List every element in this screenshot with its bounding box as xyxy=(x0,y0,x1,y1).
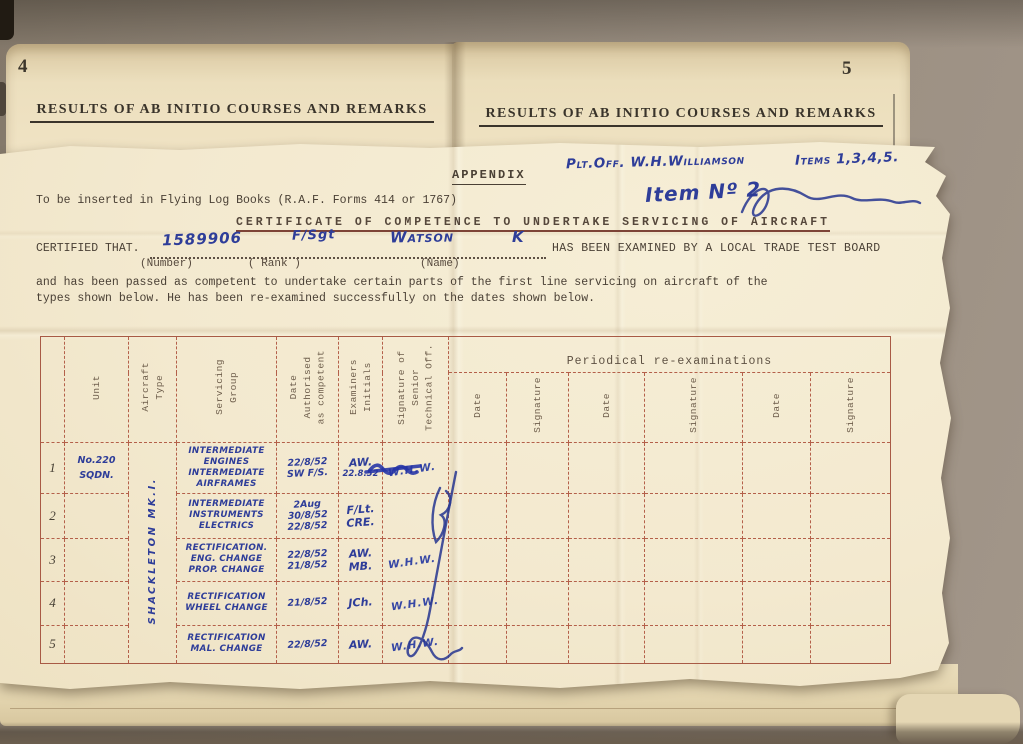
col-servicing-group: Servicing Group xyxy=(177,337,277,443)
col-periodical-date-3: Date xyxy=(743,373,811,443)
page-5-header-wrap: RESULTS OF AB INITIO COURSES AND REMARKS xyxy=(452,104,910,127)
cell-signature: W.H.W. xyxy=(383,538,449,581)
cell-unit xyxy=(65,625,129,663)
signature-entry: W.H.W. xyxy=(388,461,437,480)
competence-table-grid: Unit Aircraft Type Servicing Group Date … xyxy=(40,336,891,664)
col-periodical-signature-1: Signature xyxy=(507,373,569,443)
aircraft-type-value: SHACKLETON MK.I. xyxy=(148,477,158,625)
cell-servicing-group: RECTIFICATION MAL. CHANGE xyxy=(177,625,277,663)
col-examiners-initials: Examiners Initials xyxy=(339,337,383,443)
cell-servicing-group: RECTIFICATION WHEEL CHANGE xyxy=(177,581,277,625)
bottom-page-crease xyxy=(10,708,930,709)
col-examiners-label: Examiners Initials xyxy=(347,359,375,415)
cell-periodical xyxy=(743,443,811,494)
cell-initials: AW. MB. xyxy=(339,538,383,581)
competence-table: Unit Aircraft Type Servicing Group Date … xyxy=(40,336,890,658)
cell-periodical xyxy=(569,443,645,494)
group-entry: RECTIFICATION. ENG. CHANGE xyxy=(177,543,276,565)
service-number-value: 1589906 xyxy=(162,229,243,250)
group-entry: INTERMEDIATE ENGINES xyxy=(177,446,276,468)
cell-periodical xyxy=(569,625,645,663)
page-4-header-wrap: RESULTS OF AB INITIO COURSES AND REMARKS xyxy=(6,100,458,123)
cell-initials: AW. xyxy=(339,625,383,663)
cell-periodical xyxy=(743,581,811,625)
cell-signature: W.H.W. xyxy=(383,443,449,494)
page-number-5: 5 xyxy=(842,58,852,80)
certified-that-label: CERTIFIED THAT. xyxy=(36,242,140,255)
cell-periodical xyxy=(507,493,569,538)
col-aircraft-label: Aircraft Type xyxy=(139,362,167,412)
initials-entry: CRE. xyxy=(339,514,383,530)
page-4-header: RESULTS OF AB INITIO COURSES AND REMARKS xyxy=(30,102,433,123)
cell-periodical xyxy=(645,443,743,494)
date-entry: 21/8/52 xyxy=(277,558,338,572)
cell-date: 22/8/52 xyxy=(277,625,339,663)
col-periodical-signature-2: Signature xyxy=(645,373,743,443)
col-date-auth-label: Date Authorised as competent xyxy=(287,350,328,424)
col-signature-senior: Signature of Senior Technical Off. xyxy=(383,337,449,443)
appendix-sheet: APPENDIX Plt.Off. W.H.Williamson Items 1… xyxy=(0,138,962,694)
col-servicing-label: Servicing Group xyxy=(213,359,241,415)
cell-row-num: 4 xyxy=(41,581,65,625)
cell-date: 21/8/52 xyxy=(277,581,339,625)
date-entry: 21/8/52 xyxy=(277,595,338,609)
cell-periodical xyxy=(449,538,507,581)
cell-servicing-group: RECTIFICATION. ENG. CHANGE PROP. CHANGE xyxy=(177,538,277,581)
col-periodical-signature-3: Signature xyxy=(811,373,891,443)
cell-row-num: 5 xyxy=(41,625,65,663)
signature-entry: W.H.W. xyxy=(388,553,437,572)
cell-periodical xyxy=(811,493,891,538)
cell-row-num: 2 xyxy=(41,493,65,538)
group-entry: RECTIFICATION WHEEL CHANGE xyxy=(177,592,276,614)
page-5-header: RESULTS OF AB INITIO COURSES AND REMARKS xyxy=(479,106,882,127)
col-aircraft-type: Aircraft Type xyxy=(129,337,177,443)
scan-edge-mark xyxy=(0,0,14,40)
cell-date: 22/8/52 21/8/52 xyxy=(277,538,339,581)
cell-periodical xyxy=(449,443,507,494)
cell-periodical xyxy=(645,493,743,538)
cell-periodical xyxy=(743,493,811,538)
dotted-rule xyxy=(150,256,546,259)
page-number-4: 4 xyxy=(18,56,28,78)
initials-entry: 22.8.52 xyxy=(339,469,382,479)
date-entry: 22/8/52 xyxy=(277,520,338,534)
cell-unit xyxy=(65,493,129,538)
rank-value: F/Sgt xyxy=(292,227,336,244)
cell-date: 22/8/52 SW F/S. xyxy=(277,443,339,494)
scan-top-shadow xyxy=(0,0,1023,48)
cell-unit xyxy=(65,581,129,625)
group-entry: PROP. CHANGE xyxy=(177,565,276,576)
group-entry: ELECTRICS xyxy=(177,521,276,532)
group-entry: INTERMEDIATE INSTRUMENTS xyxy=(177,499,276,521)
cell-row-num: 3 xyxy=(41,538,65,581)
body-text-line-1: and has been passed as competent to unde… xyxy=(36,276,768,289)
cell-servicing-group: INTERMEDIATE INSTRUMENTS ELECTRICS xyxy=(177,493,277,538)
appendix-sheet-paper: APPENDIX Plt.Off. W.H.Williamson Items 1… xyxy=(0,138,962,694)
p-date-label: Date xyxy=(471,393,485,418)
cell-periodical xyxy=(645,625,743,663)
scan-bottom-shadow xyxy=(0,722,1023,744)
signature-entry: W.H.W. xyxy=(391,595,440,614)
cell-periodical xyxy=(743,538,811,581)
cell-row-number-header xyxy=(41,337,65,443)
initials-entry: MB. xyxy=(339,558,383,574)
number-field-label: (Number) xyxy=(140,258,193,270)
group-entry: INTERMEDIATE AIRFRAMES xyxy=(177,468,276,490)
examined-by-label: HAS BEEN EXAMINED BY A LOCAL TRADE TEST … xyxy=(552,242,881,255)
cell-signature: W.H.W. xyxy=(383,625,449,663)
date-entry: SW F/S. xyxy=(277,466,338,480)
cell-date: 2Aug 30/8/52 22/8/52 xyxy=(277,493,339,538)
scanned-logbook-spread: 4 RESULTS OF AB INITIO COURSES AND REMAR… xyxy=(0,0,1023,744)
annotation-item-number: Item Nº 2 xyxy=(644,177,761,207)
annotation-items-list: Items 1,3,4,5. xyxy=(795,149,899,169)
p-date-label: Date xyxy=(600,393,614,418)
p-date-label: Date xyxy=(770,393,784,418)
initials-entry: AW. xyxy=(339,636,383,652)
cell-unit xyxy=(65,538,129,581)
cell-signature xyxy=(383,493,449,538)
col-periodical-date-1: Date xyxy=(449,373,507,443)
col-periodical-date-2: Date xyxy=(569,373,645,443)
cell-periodical xyxy=(507,443,569,494)
name-field-label: (Name) xyxy=(420,258,460,270)
cell-periodical xyxy=(507,625,569,663)
cell-periodical xyxy=(645,581,743,625)
cell-periodical xyxy=(811,581,891,625)
rank-field-label: ( Rank ) xyxy=(248,258,301,270)
cell-periodical xyxy=(507,538,569,581)
annotation-signature-stroke xyxy=(742,189,920,216)
cell-initials: JCh. xyxy=(339,581,383,625)
cell-unit: No.220 SQDN. xyxy=(65,443,129,494)
cell-aircraft-type: SHACKLETON MK.I. xyxy=(129,443,177,664)
col-unit-label: Unit xyxy=(90,375,104,400)
annotation-officer-name: Plt.Off. W.H.Williamson xyxy=(566,152,745,173)
cell-periodical xyxy=(449,493,507,538)
body-text-line-2: types shown below. He has been re-examin… xyxy=(36,292,595,305)
surname-value: Watson xyxy=(390,227,454,246)
cell-signature: W.H.W. xyxy=(383,581,449,625)
cell-periodical xyxy=(569,581,645,625)
insert-instruction: To be inserted in Flying Log Books (R.A.… xyxy=(36,194,457,207)
cell-periodical xyxy=(569,538,645,581)
p-sig-label: Signature xyxy=(531,377,545,433)
table-header-row: Unit Aircraft Type Servicing Group Date … xyxy=(41,337,891,373)
cell-initials: F/Lt. CRE. xyxy=(339,493,383,538)
cell-periodical xyxy=(449,625,507,663)
p-sig-label: Signature xyxy=(844,377,858,433)
cell-periodical xyxy=(811,443,891,494)
col-date-authorised: Date Authorised as competent xyxy=(277,337,339,443)
cell-periodical xyxy=(743,625,811,663)
initials-entry: JCh. xyxy=(339,594,383,610)
cell-periodical xyxy=(645,538,743,581)
signature-entry: W.H.W. xyxy=(391,636,440,655)
p-sig-label: Signature xyxy=(687,377,701,433)
group-entry: RECTIFICATION MAL. CHANGE xyxy=(177,633,276,655)
cell-periodical xyxy=(507,581,569,625)
date-entry: 22/8/52 xyxy=(277,637,338,651)
col-signature-label: Signature of Senior Technical Off. xyxy=(395,344,436,431)
cell-initials: AW. 22.8.52 xyxy=(339,443,383,494)
cell-periodical xyxy=(811,538,891,581)
table-row-1: 1 No.220 SQDN. SHACKLETON MK.I. INTERMED… xyxy=(41,443,891,494)
initial-value: K xyxy=(512,228,525,246)
cell-row-num: 1 xyxy=(41,443,65,494)
cell-periodical xyxy=(811,625,891,663)
cell-periodical xyxy=(569,493,645,538)
cell-periodical xyxy=(449,581,507,625)
col-unit: Unit xyxy=(65,337,129,443)
cell-servicing-group: INTERMEDIATE ENGINES INTERMEDIATE AIRFRA… xyxy=(177,443,277,494)
appendix-title: APPENDIX xyxy=(452,168,526,185)
periodical-header: Periodical re-examinations xyxy=(449,337,891,373)
